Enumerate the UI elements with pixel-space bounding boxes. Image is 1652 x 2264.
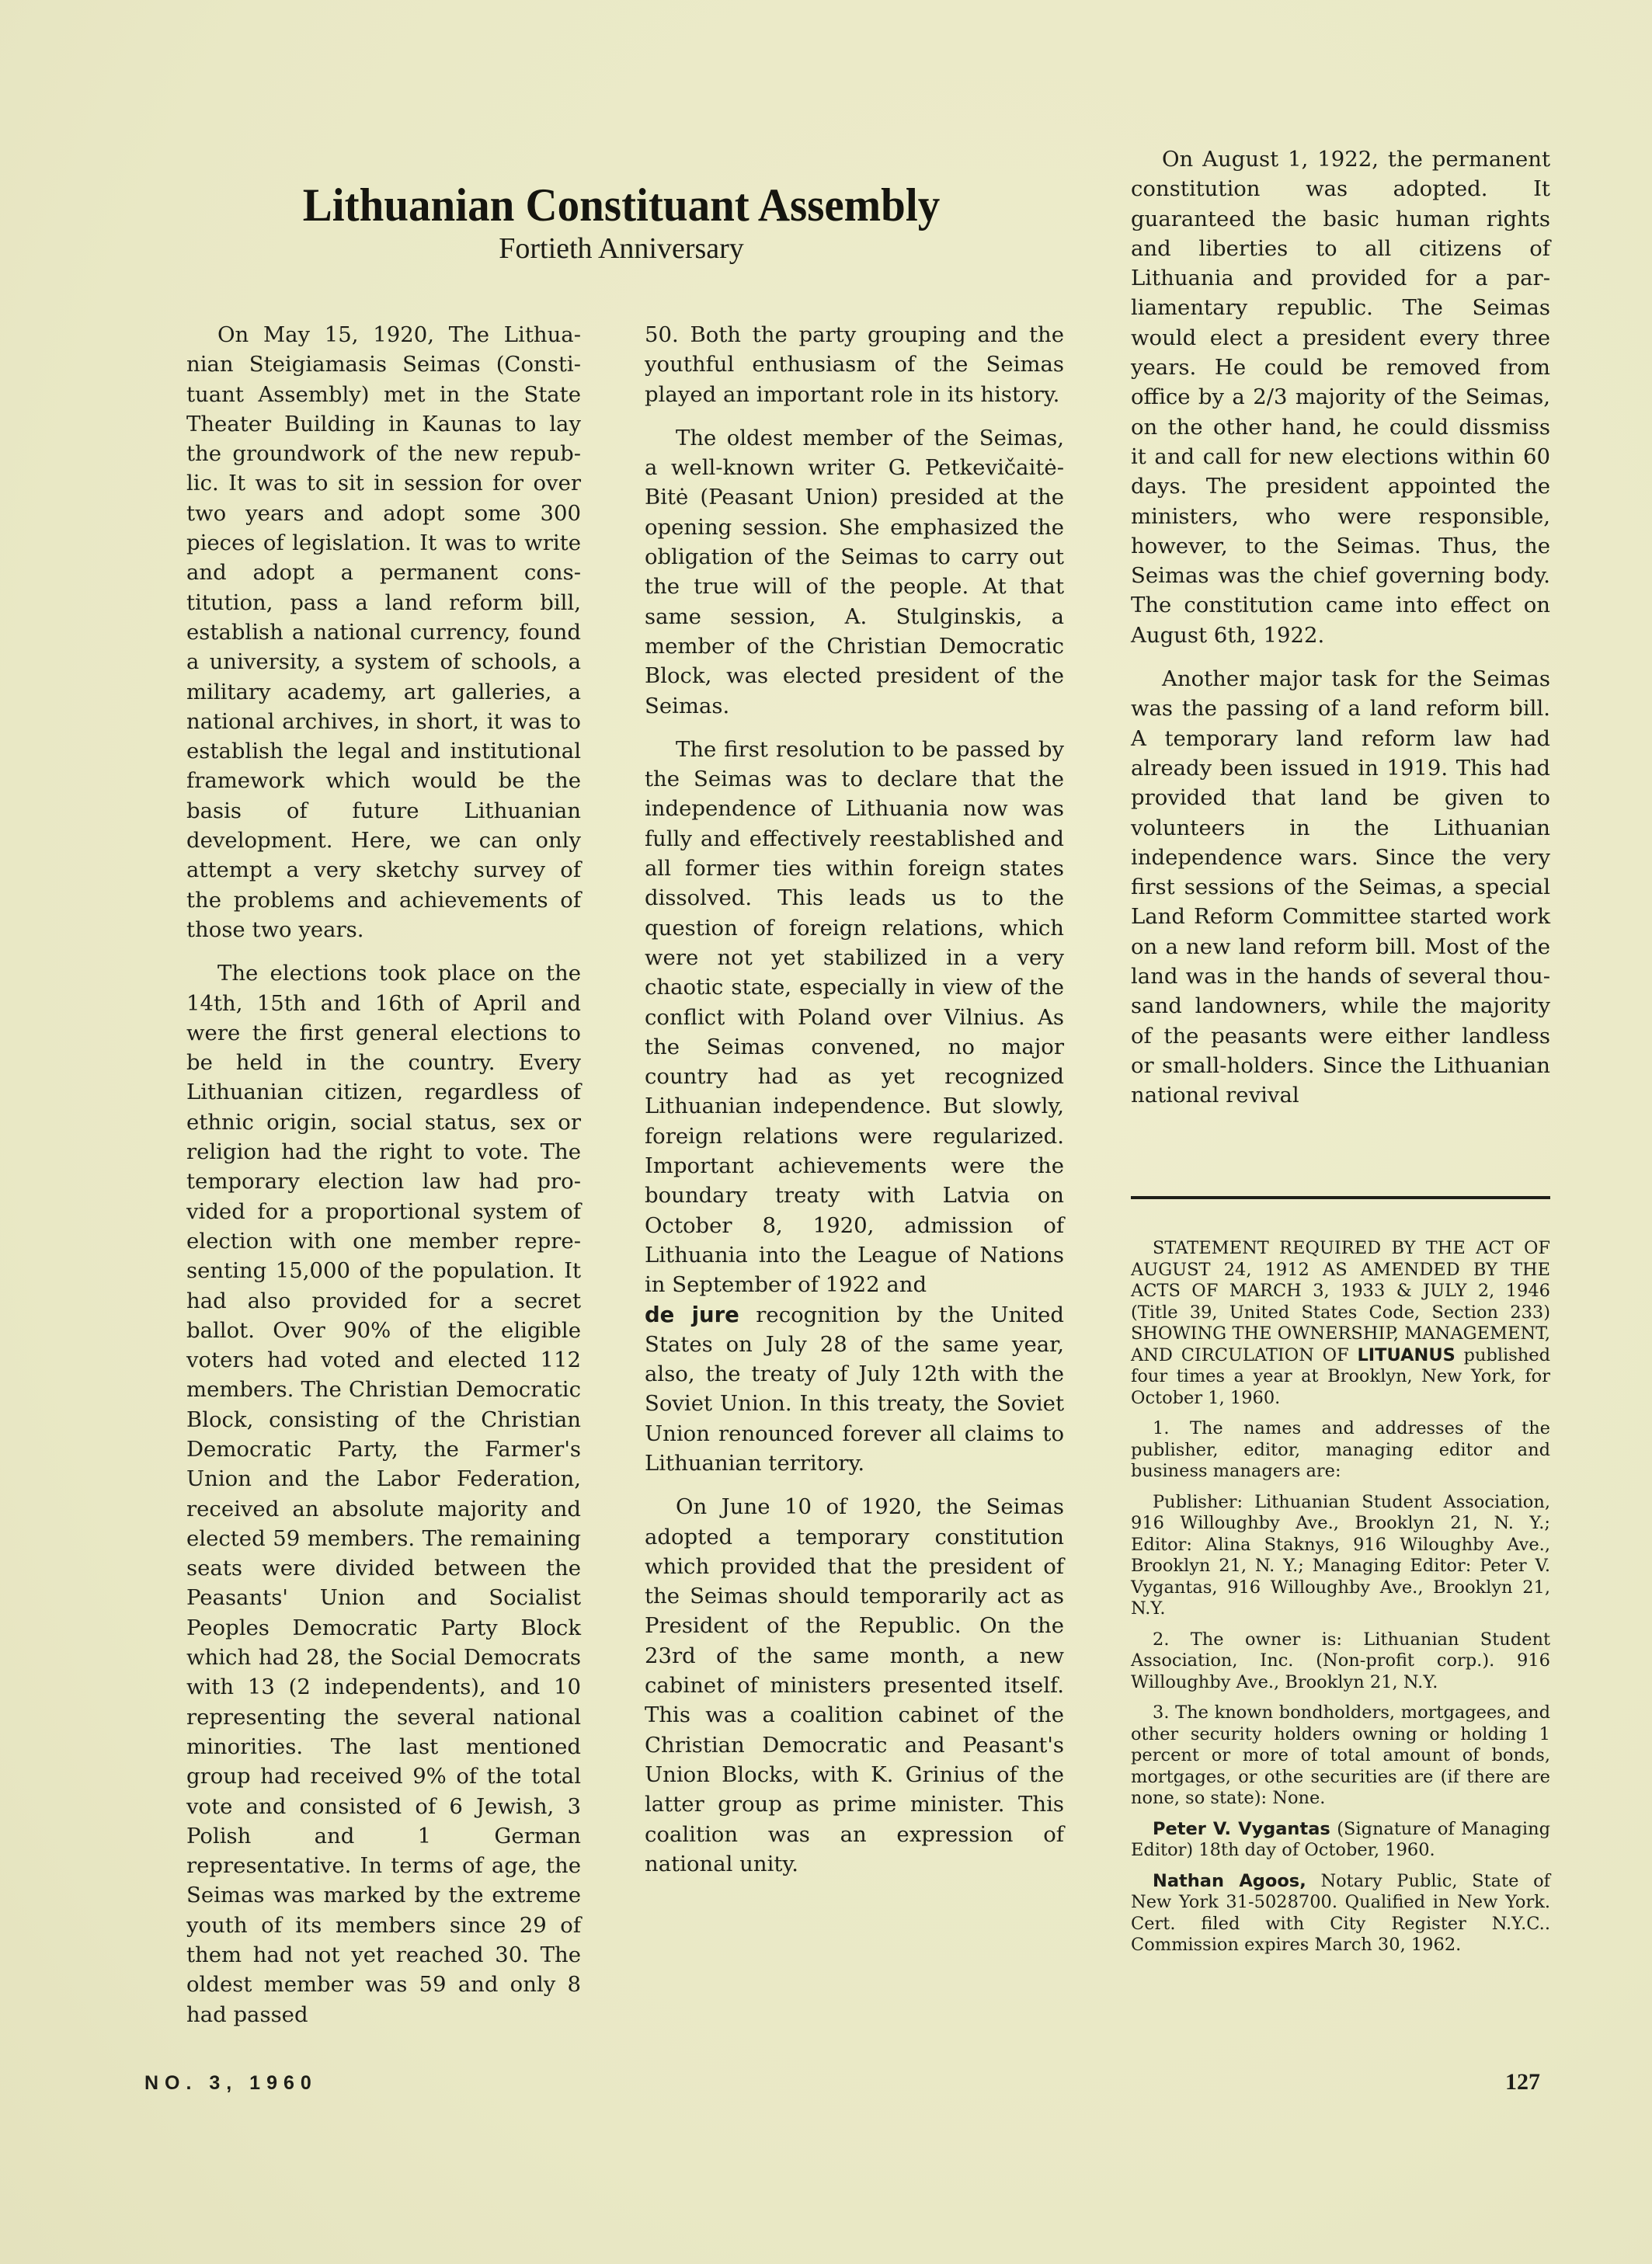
notary-name: Nathan Agoos, — [1153, 1871, 1306, 1891]
statement-item-1-detail: Publisher: Lithuanian Student Asso­ciati… — [1131, 1492, 1550, 1620]
publication-name: LITUANUS — [1357, 1345, 1455, 1365]
statement-item-1: 1. The names and addresses of the publis… — [1131, 1418, 1550, 1483]
paragraph: On August 1, 1922, the perma­nent consti… — [1131, 144, 1550, 650]
article-subtitle: Fortieth Anniversary — [233, 231, 1010, 266]
column-left: On May 15, 1920, The Lithua­nian Steigia… — [186, 320, 581, 2043]
statement-item-2: 2. The owner is: Lithuanian Student Asso… — [1131, 1629, 1550, 1694]
paragraph: 50. Both the party grouping and the yout… — [645, 320, 1064, 409]
paragraph: The elections took place on the 14th, 15… — [186, 958, 581, 2029]
statement-item-3: 3. The known bondholders, mortga­gees, a… — [1131, 1702, 1550, 1810]
emphasis-de-jure: de jure — [645, 1302, 739, 1327]
paragraph-continued: de jure recognition by the United States… — [645, 1300, 1064, 1479]
paragraph: The oldest member of the Sei­mas, a well… — [645, 423, 1064, 721]
paragraph: Another major task for the Seimas was th… — [1131, 664, 1550, 1110]
paragraph: On June 10 of 1920, the Seimas adopted a… — [645, 1492, 1064, 1879]
statement-notary: Nathan Agoos, Notary Public, State of Ne… — [1131, 1871, 1550, 1956]
signature-name: Peter V. Vygantas — [1153, 1819, 1330, 1839]
ownership-statement: STATEMENT REQUIRED BY THE ACT OF AUGUST … — [1131, 1238, 1550, 1966]
paragraph: On May 15, 1920, The Lithua­nian Steigia… — [186, 320, 581, 944]
issue-label: NO. 3, 1960 — [144, 2072, 318, 2095]
paragraph: The first resolution to be pass­ed by th… — [645, 735, 1064, 1300]
page-number: 127 — [1505, 2069, 1540, 2095]
column-right: On August 1, 1922, the perma­nent consti… — [1131, 144, 1550, 1125]
column-middle: 50. Both the party grouping and the yout… — [645, 320, 1064, 1893]
article-title: Lithuanian Constituant Assembly — [252, 179, 990, 232]
statement-heading: STATEMENT REQUIRED BY THE ACT OF AUGUST … — [1131, 1238, 1550, 1409]
paragraph-text: recognition by the United States on July… — [645, 1302, 1064, 1476]
section-divider — [1131, 1196, 1550, 1199]
statement-signature: Peter V. Vygantas (Signature of Managing… — [1131, 1819, 1550, 1862]
